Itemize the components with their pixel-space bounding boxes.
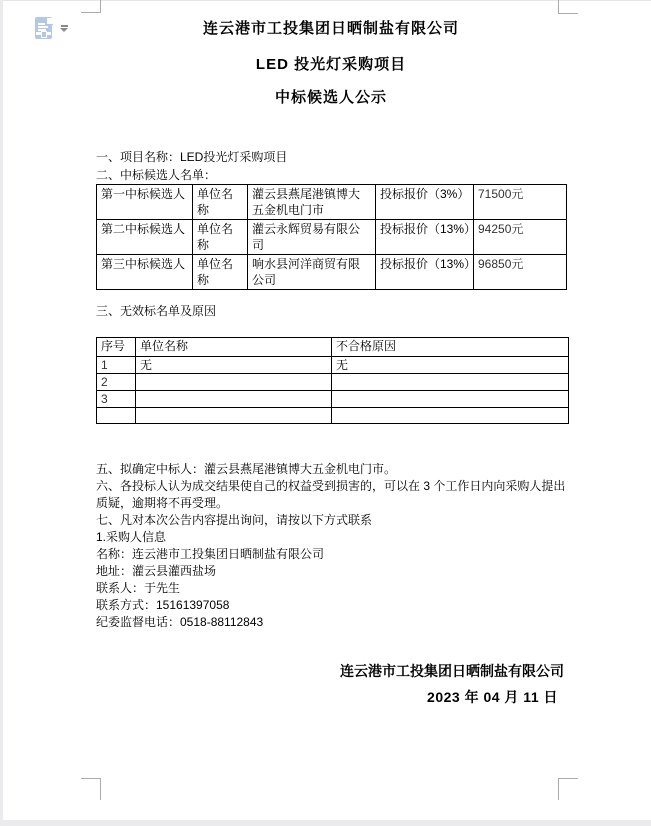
cell-price: 94250元 (474, 220, 567, 255)
signature-company: 连云港市工投集团日晒制盐有限公司 (96, 661, 566, 681)
text-boundary-mark-bottom-right (558, 778, 578, 800)
candidate-row-2: 第二中标候选人 单位名称 灌云永辉贸易有限公 司 投标报价（13%） 94250… (97, 220, 567, 255)
app-edge-left (0, 0, 3, 826)
cell-unit-label: 单位名称 (193, 220, 248, 255)
cell-price: 71500元 (474, 185, 567, 220)
cell-unit: 无 (136, 357, 332, 374)
doc-title-project: LED 投光灯采购项目 (96, 56, 566, 73)
paste-options-button[interactable] (35, 16, 73, 42)
text-boundary-mark-top-left (81, 0, 101, 13)
invalid-table-header-row: 序号 单位名称 不合格原因 (97, 338, 569, 357)
chevron-down-icon[interactable] (60, 25, 69, 33)
section-objection-notice: 六、各投标人认为成交结果使自己的权益受到损害的，可以在 3 个工作日内向采购人提… (96, 478, 566, 512)
text-boundary-mark-bottom-left (81, 778, 101, 800)
section-confirmed-winner: 五、拟确定中标人：灌云县燕尾港镇博大五金机电门市。 (96, 461, 566, 478)
cell-reason (332, 408, 569, 424)
cell-price-label: 投标报价（3%） (376, 185, 474, 220)
cell-seq: 1 (97, 357, 136, 374)
text-boundary-mark-top-right (558, 0, 578, 14)
cell-unit (136, 391, 332, 408)
cell-seq: 3 (97, 391, 136, 408)
notice-block: 五、拟确定中标人：灌云县燕尾港镇博大五金机电门市。 六、各投标人认为成交结果使自… (96, 461, 566, 631)
cell-company: 灌云永辉贸易有限公 司 (248, 220, 376, 255)
cell-reason: 无 (332, 357, 569, 374)
invalid-bids-table: 序号 单位名称 不合格原因 1 无 无 2 3 (96, 337, 569, 424)
cell-rank: 第三中标候选人 (97, 255, 193, 290)
doc-title-announcement: 中标候选人公示 (96, 89, 566, 106)
cell-unit-label: 单位名称 (193, 185, 248, 220)
cell-unit (136, 374, 332, 391)
cell-unit (136, 408, 332, 424)
document-body: 连云港市工投集团日晒制盐有限公司 LED 投光灯采购项目 中标候选人公示 一、项… (96, 14, 566, 707)
header-seq: 序号 (97, 338, 136, 357)
section-contact-notice: 七、凡对本次公告内容提出询问，请按以下方式联系 (96, 512, 566, 529)
cell-company: 灌云县燕尾港镇博大 五金机电门市 (248, 185, 376, 220)
cell-company: 响水县河洋商贸有限 公司 (248, 255, 376, 290)
signature-date: 2023 年 04 月 11 日 (96, 687, 566, 707)
contact-name: 名称：连云港市工投集团日晒制盐有限公司 (96, 546, 566, 563)
cell-price-label: 投标报价（13%） (376, 220, 474, 255)
candidates-table: 第一中标候选人 单位名称 灌云县燕尾港镇博大 五金机电门市 投标报价（3%） 7… (96, 184, 567, 290)
page-fold-icon (46, 18, 53, 25)
cell-rank: 第二中标候选人 (97, 220, 193, 255)
header-reason: 不合格原因 (332, 338, 569, 357)
section-candidates-heading: 二、中标候选人名单： (96, 166, 566, 184)
candidate-row-1: 第一中标候选人 单位名称 灌云县燕尾港镇博大 五金机电门市 投标报价（3%） 7… (97, 185, 567, 220)
cell-price-label: 投标报价（13%） (376, 255, 474, 290)
cell-rank: 第一中标候选人 (97, 185, 193, 220)
app-edge-bottom (0, 820, 651, 826)
header-unit-name: 单位名称 (136, 338, 332, 357)
doc-title-company: 连云港市工投集团日晒制盐有限公司 (96, 20, 566, 37)
clipboard-paste-icon (35, 17, 52, 39)
buyer-info-heading: 1.采购人信息 (96, 529, 566, 546)
invalid-row-1: 1 无 无 (97, 357, 569, 374)
document-page: { "colors": { "paste_icon_blue": "#b3c7e… (0, 0, 651, 826)
contact-person: 联系人：于先生 (96, 580, 566, 597)
invalid-row-2: 2 (97, 374, 569, 391)
invalid-row-4 (97, 408, 569, 424)
section-invalid-heading: 三、无效标名单及原因 (96, 302, 566, 320)
cell-reason (332, 374, 569, 391)
contact-supervision-phone: 纪委监督电话：0518-88112843 (96, 614, 566, 631)
candidate-row-3: 第三中标候选人 单位名称 响水县河洋商贸有限 公司 投标报价（13%） 9685… (97, 255, 567, 290)
cell-seq: 2 (97, 374, 136, 391)
cell-seq (97, 408, 136, 424)
section-project-name: 一、项目名称：LED投光灯采购项目 (96, 148, 566, 166)
cell-unit-label: 单位名称 (193, 255, 248, 290)
contact-phone: 联系方式：15161397058 (96, 597, 566, 614)
invalid-row-3: 3 (97, 391, 569, 408)
cell-reason (332, 391, 569, 408)
cell-price: 96850元 (474, 255, 567, 290)
contact-address: 地址：灌云县灌西盐场 (96, 563, 566, 580)
